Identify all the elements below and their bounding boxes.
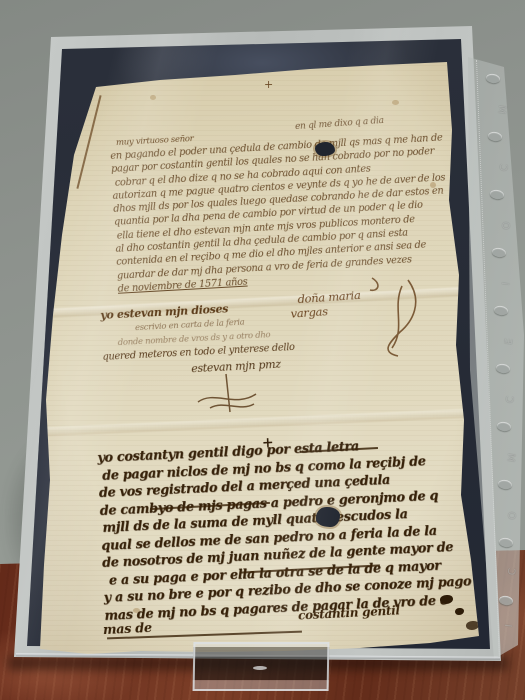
embossed-glyph: Ǝ <box>501 338 513 346</box>
upper-text-block: en pagando el poder una çedula de cambio… <box>110 130 474 296</box>
cross-mark: + <box>264 78 273 91</box>
paper-hole <box>315 142 335 156</box>
foxing-spot <box>392 100 399 105</box>
embossed-glyph: Ɔ <box>497 163 509 171</box>
lower-text-block: yo costantyn gentil digo por esta letra … <box>97 432 495 625</box>
rubric-flourish <box>196 372 260 414</box>
scribe-note-block: yo estevan mjn dioses escrivio en carta … <box>100 299 296 381</box>
embossed-glyph: M <box>495 105 507 115</box>
embossed-glyph: M <box>504 453 516 463</box>
embossed-glyph: Ɔ <box>503 395 515 403</box>
ink-blot <box>466 621 479 630</box>
stand-reflection <box>253 666 267 670</box>
embossed-glyph: Ɔ <box>505 567 517 575</box>
acrylic-display-stand <box>193 642 330 691</box>
paper-hole <box>316 507 340 527</box>
foxing-spot <box>150 95 156 100</box>
embossed-glyph: O <box>499 221 511 230</box>
embossed-glyph: O <box>505 511 517 520</box>
photo-scene: + en ql me dixo q a dia muy virtuoso señ… <box>0 0 525 700</box>
corner-note: en ql me dixo q a dia <box>295 116 384 132</box>
rubric-flourish <box>352 276 424 360</box>
ink-blot <box>455 608 464 615</box>
